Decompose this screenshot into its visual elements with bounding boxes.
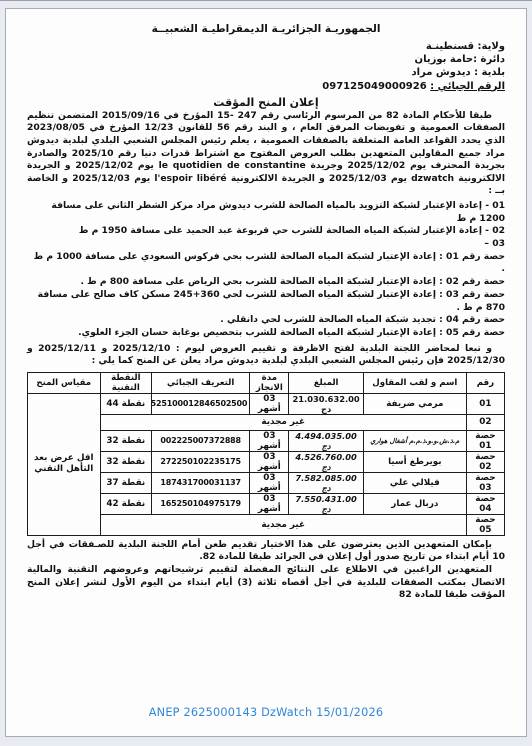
- tax-id-cell: 25525100012846502500: [152, 393, 250, 414]
- operations-list: 01 - إعادة الإعتبار لشبكة التزويد بالميا…: [27, 200, 505, 340]
- screenshot-root: { "header": { "republic": "الجمهوريـة ال…: [0, 0, 532, 746]
- unfruitful-cell: غير مجدية: [100, 514, 466, 535]
- daira-line: دائرة :حامة بوزيان: [27, 53, 505, 66]
- tax-id-cell: 272250102235175: [152, 451, 250, 472]
- column-header-score: النقطة التقنية: [100, 372, 152, 393]
- contractor-cell: بويرطغ أسيا: [363, 451, 466, 472]
- table-row: 02 غير مجدية: [28, 414, 505, 430]
- table-row: 01 مرمي ضريفة 21.030.632.00 دج 03 أشهر 2…: [28, 393, 505, 414]
- duration-cell: 03 أشهر: [250, 430, 289, 451]
- awards-table: رقم اسم و لقب المقاول المبلغ مدة الانجاز…: [27, 372, 505, 536]
- operation-item: 02 - إعادة الإعتبار لشبكة المياه الصالحة…: [27, 225, 505, 238]
- unfruitful-cell: غير مجدية: [100, 414, 466, 430]
- results-paragraph: المتعهدين الراغبين في الاطلاع على النتائ…: [27, 564, 505, 602]
- row-number-cell: 02: [466, 414, 504, 430]
- table-row: حصة 05 غير مجدية: [28, 514, 505, 535]
- operation-item: حصة رقم 04 : تجديد شبكة المياه الصالحة ل…: [27, 314, 505, 327]
- duration-cell: 03 أشهر: [250, 472, 289, 493]
- intro-paragraph: طبقا للأحكام المادة 82 من المرسوم الرئاس…: [27, 110, 505, 198]
- column-header-num: رقم: [466, 372, 504, 393]
- duration-cell: 03 أشهر: [250, 451, 289, 472]
- column-header-duration: مدة الانجاز: [250, 372, 289, 393]
- duration-cell: 03 أشهر: [250, 393, 289, 414]
- row-number-cell: حصة 05: [466, 514, 504, 535]
- contractor-cell: فيلالي علي: [363, 472, 466, 493]
- operation-item: 01 - إعادة الإعتبار لشبكة التزويد بالميا…: [27, 200, 505, 225]
- appeal-paragraph: بإمكان المتعهدين الذين يعترضون على هذا ا…: [27, 539, 505, 564]
- score-cell: 32 نقطة: [100, 430, 152, 451]
- column-header-amount: المبلغ: [289, 372, 363, 393]
- authority-block: ولاية: قسنطينـة دائرة :حامة بوزيان بلدية…: [27, 40, 505, 93]
- score-cell: 42 نقطة: [100, 493, 152, 514]
- table-header-row: رقم اسم و لقب المقاول المبلغ مدة الانجاز…: [28, 372, 505, 393]
- operation-item: حصة رقم 02 : إعادة الإعتبار لشبكة المياه…: [27, 276, 505, 289]
- anep-footer: ANEP 2625000143 DzWatch 15/01/2026: [6, 706, 526, 719]
- amount-cell: 21.030.632.00 دج: [289, 393, 363, 414]
- column-header-contractor: اسم و لقب المقاول: [363, 372, 466, 393]
- table-row: حصة 02 بويرطغ أسيا 4.526.760.00 دج 03 أش…: [28, 451, 505, 472]
- amount-cell: 4.494.035.00 دج: [289, 430, 363, 451]
- score-cell: 44 نقطة: [100, 393, 152, 414]
- operation-item: 03 –: [27, 238, 505, 251]
- page-title: إعلان المنح المؤقت: [27, 96, 505, 110]
- column-header-criterion: مقياس المنح: [28, 372, 101, 393]
- row-number-cell: حصة 02: [466, 451, 504, 472]
- tax-id-cell: 187431700031137: [152, 472, 250, 493]
- commune-line: بلدية : ديدوش مراد: [27, 66, 505, 79]
- operation-item: حصة رقم 05 : إعادة الإعتبار لشبكة المياه…: [27, 327, 505, 340]
- document-content: الجمهوريـة الجزائريـة الديمقراطيـة الشعب…: [6, 9, 526, 736]
- tax-number-value: 097125049000926: [322, 81, 426, 92]
- row-number-cell: 01: [466, 393, 504, 414]
- committee-paragraph: و تبعا لمحاضر اللجنة البلدية لفتح الاظرف…: [27, 343, 505, 368]
- wilaya-line: ولاية: قسنطينـة: [27, 40, 505, 53]
- row-number-cell: حصة 03: [466, 472, 504, 493]
- duration-cell: 03 أشهر: [250, 493, 289, 514]
- contractor-cell: م.ذ.ش.و.و.ذ.م.م أشغال هواري: [363, 430, 466, 451]
- operation-item: حصة رقم 01 : إعادة الإعتبار لشبكة المياه…: [27, 251, 505, 276]
- contractor-cell: مرمي ضريفة: [363, 393, 466, 414]
- tax-id-cell: 165250104975179: [152, 493, 250, 514]
- document-page: الجمهوريـة الجزائريـة الديمقراطيـة الشعب…: [5, 8, 527, 737]
- row-number-cell: حصة 04: [466, 493, 504, 514]
- amount-cell: 7.582.085.00 دج: [289, 472, 363, 493]
- amount-cell: 4.526.760.00 دج: [289, 451, 363, 472]
- row-number-cell: حصة 01: [466, 430, 504, 451]
- amount-cell: 7.550.431.00 دج: [289, 493, 363, 514]
- tax-number-label: الرقم الجبائي :: [430, 81, 505, 92]
- table-row: حصة 04 دربال عمار 7.550.431.00 دج 03 أشه…: [28, 493, 505, 514]
- tax-id-cell: 002225007372888: [152, 430, 250, 451]
- table-row: حصة 01 م.ذ.ش.و.و.ذ.م.م أشغال هواري 4.494…: [28, 430, 505, 451]
- window-top-edge: [0, 0, 532, 1]
- operation-item: حصة رقم 03 : إعادة الإعتبار لشبكة المياه…: [27, 289, 505, 314]
- score-cell: 32 نقطة: [100, 451, 152, 472]
- table-row: حصة 03 فيلالي علي 7.582.085.00 دج 03 أشه…: [28, 472, 505, 493]
- contractor-cell: دربال عمار: [363, 493, 466, 514]
- award-criterion-cell: اقل عرض بعد التأهل التقني: [28, 393, 101, 535]
- column-header-tax-id: التعريف الجبائي: [152, 372, 250, 393]
- republic-header: الجمهوريـة الجزائريـة الديمقراطيـة الشعب…: [27, 22, 505, 36]
- tax-number-line: الرقم الجبائي : 097125049000926: [27, 80, 505, 93]
- score-cell: 37 نقطة: [100, 472, 152, 493]
